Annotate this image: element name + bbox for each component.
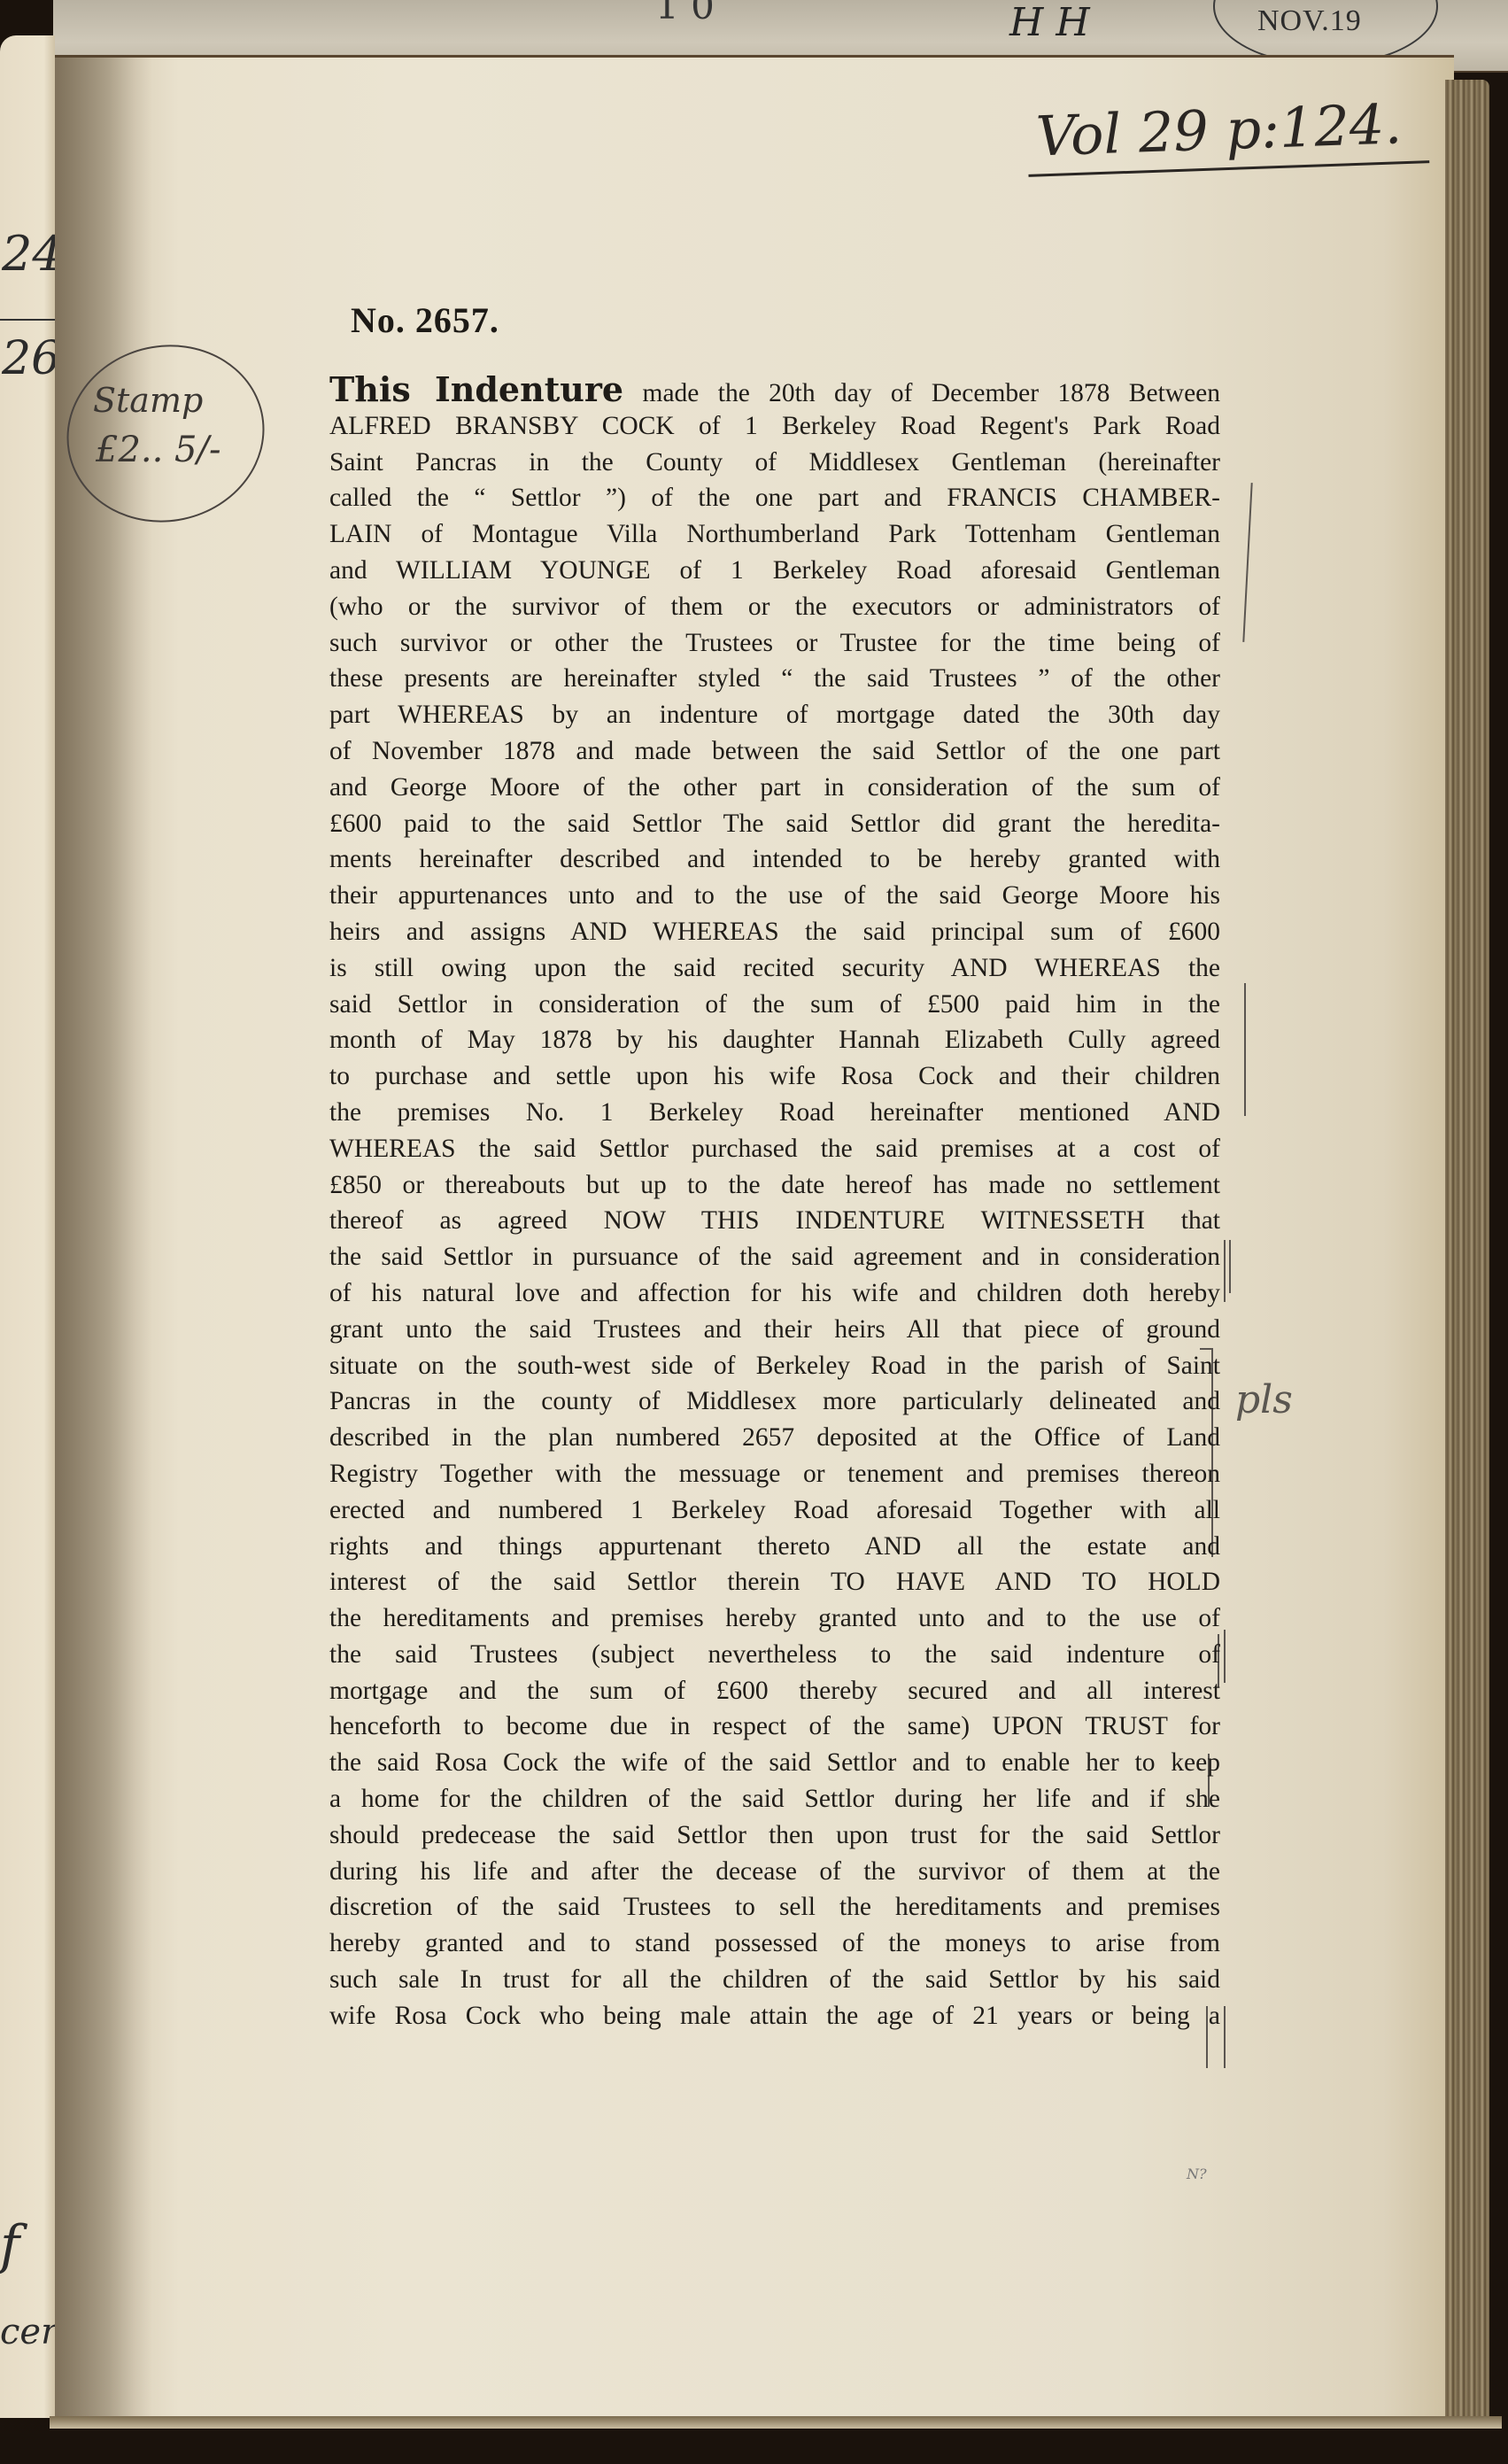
page-bottom-edge — [50, 2416, 1502, 2429]
top-sheet-marks: 1 0 — [655, 0, 715, 27]
deed-line: Registry Together with the messuage or t… — [329, 1456, 1220, 1492]
deed-line: (who or the survivor of them or the exec… — [329, 589, 1220, 625]
margin-mark — [1224, 1630, 1226, 1683]
deed-line: wife Rosa Cock who being male attain the… — [329, 1998, 1220, 2034]
deed-line: should predecease the said Settlor then … — [329, 1817, 1220, 1854]
deed-line: Pancras in the county of Middlesex more … — [329, 1383, 1220, 1420]
date-stamp-text: NOV.19 — [1257, 4, 1362, 38]
left-facing-page — [0, 35, 55, 2418]
deed-line: £850 or thereabouts but up to the date h… — [329, 1167, 1220, 1204]
deed-line: these presents are hereinafter styled “ … — [329, 661, 1220, 697]
deed-line: of his natural love and affection for hi… — [329, 1275, 1220, 1312]
deed-line: mortgage and the sum of £600 thereby sec… — [329, 1673, 1220, 1709]
entry-number: No. 2657. — [351, 299, 499, 341]
deed-line: during his life and after the decease of… — [329, 1854, 1220, 1890]
deed-line: said Settlor in consideration of the sum… — [329, 987, 1220, 1023]
deed-line: grant unto the said Trustees and their h… — [329, 1312, 1220, 1348]
deed-line: LAIN of Montague Villa Northumberland Pa… — [329, 516, 1220, 553]
deed-line: called the “ Settlor ”) of the one part … — [329, 480, 1220, 516]
deed-line: £600 paid to the said Settlor The said S… — [329, 806, 1220, 842]
deed-line: the said Trustees (subject nevertheless … — [329, 1637, 1220, 1673]
left-page-note: f — [0, 2214, 19, 2276]
deed-line: Saint Pancras in the County of Middlesex… — [329, 445, 1220, 481]
deed-line: interest of the said Settlor therein TO … — [329, 1564, 1220, 1600]
deed-line: and George Moore of the other part in co… — [329, 770, 1220, 806]
deed-line: their appurtenances unto and to the use … — [329, 878, 1220, 914]
margin-mark — [1229, 1240, 1231, 1293]
deed-line: ments hereinafter described and intended… — [329, 841, 1220, 878]
deed-line: ALFRED BRANSBY COCK of 1 Berkeley Road R… — [329, 408, 1220, 445]
margin-mark — [1224, 2006, 1226, 2068]
stamp-duty-amount: £2.. 5/- — [96, 430, 220, 470]
page-edges — [1445, 80, 1489, 2427]
pencil-margin-note: pls — [1235, 1377, 1293, 1422]
stamp-duty-label: Stamp — [93, 381, 203, 420]
deed-line: erected and numbered 1 Berkeley Road afo… — [329, 1492, 1220, 1529]
volume-reference-note: Vol 29 p:124. — [1026, 90, 1430, 177]
opening-words: This Indenture — [329, 369, 623, 409]
page-mark: N? — [1187, 2166, 1207, 2182]
deed-line: heirs and assigns AND WHEREAS the said p… — [329, 914, 1220, 950]
deed-line: discretion of the said Trustees to sell … — [329, 1889, 1220, 1925]
deed-line: the premises No. 1 Berkeley Road hereina… — [329, 1095, 1220, 1131]
left-page-rule — [0, 319, 55, 321]
deed-line: the said Settlor in pursuance of the sai… — [329, 1239, 1220, 1275]
margin-mark — [1244, 983, 1246, 1116]
deed-line: such sale In trust for all the children … — [329, 1962, 1220, 1998]
deed-line: situate on the south-west side of Berkel… — [329, 1348, 1220, 1384]
deed-line: a home for the children of the said Sett… — [329, 1781, 1220, 1817]
deed-line: is still owing upon the said recited sec… — [329, 950, 1220, 987]
deed-line: This Indenture made the 20th day of Dece… — [329, 372, 1220, 408]
deed-line: part WHEREAS by an indenture of mortgage… — [329, 697, 1220, 733]
deed-line: and WILLIAM YOUNGE of 1 Berkeley Road af… — [329, 553, 1220, 589]
deed-line: hereby granted and to stand possessed of… — [329, 1925, 1220, 1962]
deed-line: rights and things appurtenant thereto AN… — [329, 1529, 1220, 1565]
deed-line: such survivor or other the Trustees or T… — [329, 625, 1220, 662]
margin-mark — [1224, 1240, 1226, 1302]
top-sheet-handwriting: H H — [1009, 0, 1090, 45]
deed-line: thereof as agreed NOW THIS INDENTURE WIT… — [329, 1203, 1220, 1239]
deed-line: the hereditaments and premises hereby gr… — [329, 1600, 1220, 1637]
deed-line: to purchase and settle upon his wife Ros… — [329, 1058, 1220, 1095]
deed-line: the said Rosa Cock the wife of the said … — [329, 1745, 1220, 1781]
deed-text: This Indenture made the 20th day of Dece… — [329, 372, 1220, 2034]
deed-line: month of May 1878 by his daughter Hannah… — [329, 1022, 1220, 1058]
deed-line: WHEREAS the said Settlor purchased the s… — [329, 1131, 1220, 1167]
deed-line: described in the plan numbered 2657 depo… — [329, 1420, 1220, 1456]
deed-line: of November 1878 and made between the sa… — [329, 733, 1220, 770]
deed-line: henceforth to become due in respect of t… — [329, 1709, 1220, 1745]
